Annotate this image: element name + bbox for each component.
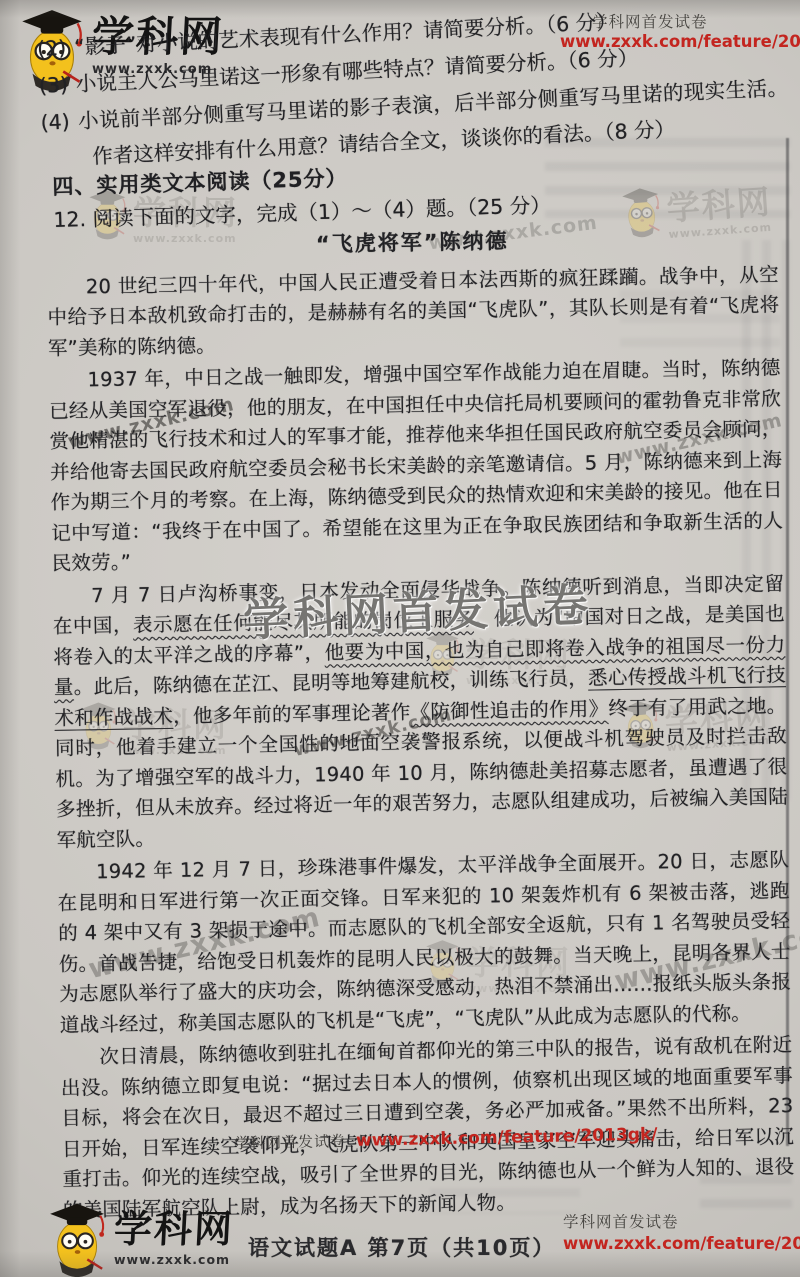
scanned-exam-page: 学科网 www.zxxk.com 学科网 www.zxxk.com 学科网 ww… [0, 0, 800, 1277]
question-number: (4) [40, 110, 70, 135]
reading-passage: “飞虎将军”陈纳德 20 世纪三四十年代，中国人民正遭受着日本法西斯的疯狂蹂躏。… [46, 221, 795, 1228]
mascot-icon [48, 1200, 108, 1277]
text-run: ，他多年前的军事理论著作 [173, 700, 411, 727]
site-brand-name: 学科网 [113, 1210, 235, 1248]
article-paragraph: 20 世纪三四十年代，中国人民正遭受着日本法西斯的疯狂蹂躏。战争中，从空中给予日… [47, 260, 780, 364]
article-paragraphs: 20 世纪三四十年代，中国人民正遭受着日本法西斯的疯狂蹂躏。战争中，从空中给予日… [47, 260, 796, 1226]
text-run: 20 世纪三四十年代，中国人民正遭受着日本法西斯的疯狂蹂躏。战争中，从空中给予日… [47, 263, 779, 360]
annotated-text: 《防御性追击的作用》 [410, 697, 608, 723]
question-number: (3) [38, 73, 68, 98]
text-run: 次日清晨，陈纳德收到驻扎在缅甸首都仰光的第三中队的报告，说有敌机在附近出没。陈纳… [61, 1033, 795, 1221]
release-label: 学科网首发试卷 [234, 1130, 346, 1153]
scan-edge-line [786, 138, 789, 1146]
article-paragraph: 1937 年，中日之战一触即发，增强中国空军作战能力迫在眉睫。当时，陈纳德已经从… [48, 353, 784, 579]
text-run: 1937 年，中日之战一触即发，增强中国空军作战能力迫在眉睫。当时，陈纳德已经从… [49, 356, 783, 575]
article-paragraph: 7 月 7 日卢沟桥事变，日本发动全面侵华战争。陈纳德听到消息，当即决定留在中国… [52, 569, 789, 856]
article-paragraph: 1942 年 12 月 7 日，珍珠港事件爆发，太平洋战争全面展开。20 日，志… [57, 845, 792, 1041]
annotated-text: 表示愿在任何能尽其所能的岗位上服务 [133, 608, 474, 637]
site-brand-url: www.zxxk.com [114, 1252, 234, 1267]
text-run: 。此后，陈纳德在芷江、昆明等地筹建航校，训练飞行员， [74, 667, 589, 699]
question-list: (2)“影子”对小说的艺术表现有什么作用？请简要分析。（6 分） (3)小说主人… [36, 0, 790, 178]
release-url: www.zxxk.com/feature/2013gk/ [563, 1233, 800, 1255]
question-number: (2) [37, 36, 67, 61]
footer-release-block: 学科网首发试卷 www.zxxk.com/feature/2013gk/ [563, 1212, 800, 1255]
text-run: 1942 年 12 月 7 日，珍珠港事件爆发，太平洋战争全面展开。20 日，志… [57, 848, 791, 1036]
footer-site-logo: 学科网 www.zxxk.com [48, 1200, 234, 1277]
page-number-info: 语文试题A 第7页（共10页） [248, 1232, 555, 1262]
release-label: 学科网首发试卷 [563, 1212, 800, 1233]
